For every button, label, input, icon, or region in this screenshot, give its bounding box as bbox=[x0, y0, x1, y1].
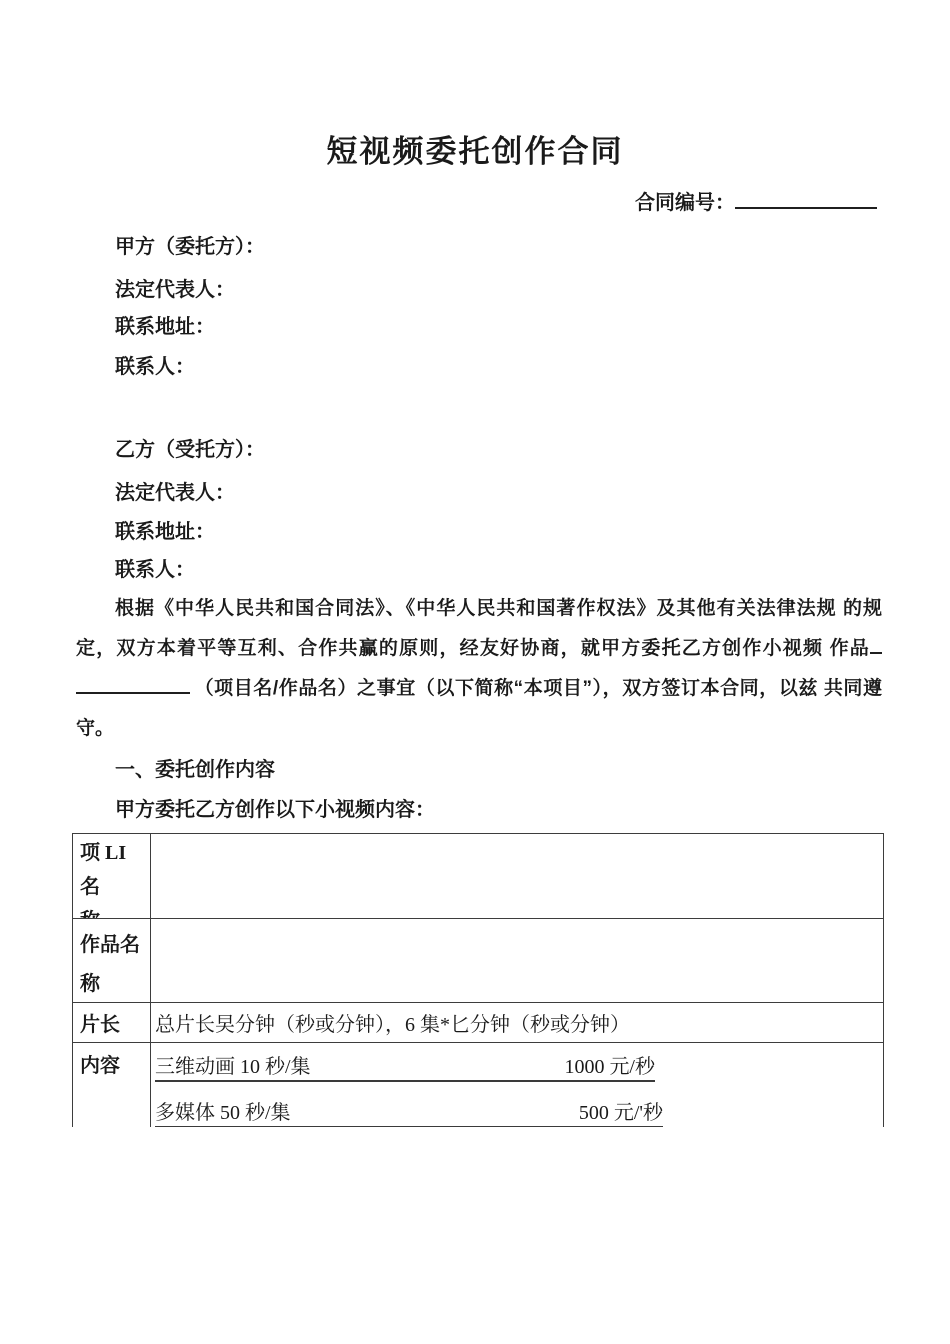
party-b-legal-rep: 法定代表人： bbox=[115, 476, 235, 505]
work-name-value-cell bbox=[151, 919, 883, 1002]
preamble-line-4: 守。 bbox=[76, 713, 882, 740]
table-row-content: 内容 三维动画 10 秒/集 1000 元/秒 多媒体 50 秒/集 500 元… bbox=[73, 1043, 883, 1127]
duration-value-cell: 总片长旲分钟（秒或分钟），6 集*匕分钟（秒或分钟） bbox=[151, 1003, 883, 1042]
content-value-cell: 三维动画 10 秒/集 1000 元/秒 多媒体 50 秒/集 500 元/'秒 bbox=[151, 1043, 883, 1127]
work-name-label-line-1: 作品名 bbox=[80, 926, 150, 965]
project-name-value-cell bbox=[151, 834, 883, 918]
section-1-heading: 一、委托创作内容 bbox=[115, 753, 275, 782]
party-a-title: 甲方（委托方）： bbox=[115, 230, 265, 259]
preamble-line-2: 定，双方本着平等互利、合作共赢的原则，经友好协商，就甲方委托乙方创作小视频 作品 bbox=[76, 633, 882, 660]
table-row-duration: 片长 总片长旲分钟（秒或分钟），6 集*匕分钟（秒或分钟） bbox=[73, 1003, 883, 1043]
project-name-label-line-2: 名 bbox=[80, 870, 150, 904]
preamble-line-3: （项目名/作品名）之事宜（以下简称“本项目”），双方签订本合同，以兹 共同遵 bbox=[76, 673, 882, 700]
work-name-label-line-2: 称 bbox=[80, 965, 150, 1002]
content-line-multimedia: 多媒体 50 秒/集 500 元/'秒 bbox=[155, 1096, 663, 1127]
contract-number-blank bbox=[735, 193, 877, 209]
document-title: 短视频委托创作合同 bbox=[0, 126, 950, 171]
contract-number-line: 合同编号： bbox=[635, 186, 877, 215]
project-name-blank-start bbox=[870, 638, 882, 654]
content-line-1-item: 三维动画 10 秒/集 bbox=[155, 1050, 311, 1079]
video-content-table: 项 LI 名 称 作品名 称 片长 总片长旲分钟（秒或分钟），6 集*匕分钟（秒… bbox=[72, 833, 884, 1127]
content-line-1-price: 1000 元/秒 bbox=[564, 1050, 655, 1079]
project-name-label-line-3: 称 bbox=[80, 904, 150, 918]
table-row-project-name: 项 LI 名 称 bbox=[73, 834, 883, 919]
party-b-address: 联系地址： bbox=[115, 515, 215, 544]
preamble-line-3-text: （项目名/作品名）之事宜（以下简称“本项目”），双方签订本合同，以兹 共同遵 bbox=[194, 678, 882, 699]
party-b-title: 乙方（受托方）： bbox=[115, 433, 265, 462]
party-a-contact: 联系人： bbox=[115, 350, 195, 379]
work-name-label-cell: 作品名 称 bbox=[73, 919, 151, 1002]
contract-document-page: 短视频委托创作合同 合同编号： 甲方（委托方）： 法定代表人： 联系地址： 联系… bbox=[0, 0, 950, 1344]
duration-label-cell: 片长 bbox=[73, 1003, 151, 1042]
section-1-intro: 甲方委托乙方创作以下小视频内容： bbox=[115, 793, 435, 822]
content-line-2-item: 多媒体 50 秒/集 bbox=[155, 1096, 291, 1125]
preamble-line-1: 根据《中华人民共和国合同法》、《中华人民共和国著作权法》及其他有关法律法规 的规 bbox=[76, 593, 882, 620]
table-row-work-name: 作品名 称 bbox=[73, 919, 883, 1003]
project-name-blank bbox=[76, 678, 190, 694]
party-a-address: 联系地址： bbox=[115, 310, 215, 339]
preamble-line-2-text: 定，双方本着平等互利、合作共赢的原则，经友好协商，就甲方委托乙方创作小视频 作品 bbox=[76, 638, 870, 659]
project-name-label-cell: 项 LI 名 称 bbox=[73, 834, 151, 918]
content-line-3d-animation: 三维动画 10 秒/集 1000 元/秒 bbox=[155, 1050, 655, 1082]
party-b-contact: 联系人： bbox=[115, 553, 195, 582]
project-name-label-line-1: 项 LI bbox=[80, 836, 150, 870]
contract-number-label: 合同编号： bbox=[635, 192, 735, 214]
content-line-2-price: 500 元/'秒 bbox=[579, 1096, 663, 1125]
content-label-cell: 内容 bbox=[73, 1043, 151, 1127]
party-a-legal-rep: 法定代表人： bbox=[115, 273, 235, 302]
